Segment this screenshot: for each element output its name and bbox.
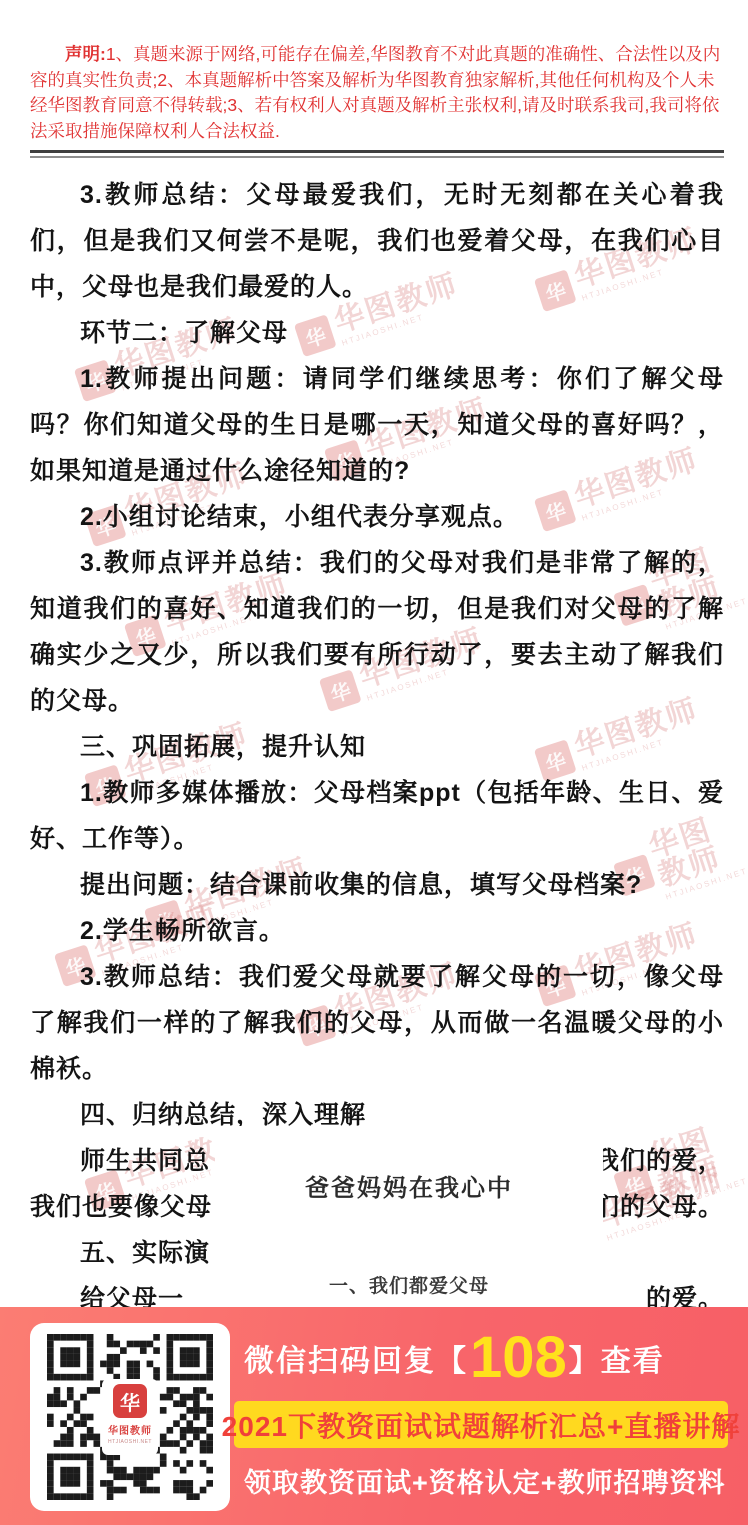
disclaimer-body: 1、真题来源于网络,可能存在偏差,华图教育不对此真题的准确性、合法性以及内容的真… <box>30 44 720 141</box>
qr-logo-text: 华图教师 <box>108 1422 152 1437</box>
paragraph: 2.学生畅所欲言。 <box>30 908 724 954</box>
text-fragment-left: 师生共同总 <box>80 1138 210 1184</box>
paragraph: 1.教师提出问题：请同学们继续思考：你们了解父母吗？你们知道父母的生日是哪一天，… <box>30 356 724 494</box>
paragraph: 提出问题：结合课前收集的信息，填写父母档案? <box>30 862 724 908</box>
highlight-text: 2021下教资面试试题解析汇总+直播讲解 <box>222 1405 741 1445</box>
board-title: 爸爸妈妈在我心中 <box>215 1168 603 1203</box>
paragraph: 三、巩固拓展，提升认知 <box>30 724 724 770</box>
qr-code: 华 华图教师 HTJIAOSHI.NET <box>30 1323 230 1511</box>
qr-logo-subtext: HTJIAOSHI.NET <box>108 1439 152 1445</box>
paragraph: 3.教师总结：我们爱父母就要了解父母的一切，像父母了解我们一样的了解我们的父母，… <box>30 954 724 1092</box>
reply-code: 108 <box>470 1329 567 1387</box>
paragraph-list: 3.教师总结：父母最爱我们，无时无刻都在关心着我们，但是我们又何尝不是呢，我们也… <box>30 172 724 1138</box>
promo-banner: 华 华图教师 HTJIAOSHI.NET 微信扫码回复【 108 】查看 202… <box>0 1307 748 1525</box>
paragraph: 2.小组讨论结束，小组代表分享观点。 <box>30 494 724 540</box>
disclaimer-label: 声明: <box>65 44 106 64</box>
board-item: 一、我们都爱父母 <box>215 1271 603 1298</box>
text-fragment-left: 五、实际演 <box>80 1230 210 1276</box>
text-fragment-right: 我们的爱， <box>594 1138 724 1184</box>
text-fragment-right: 们的父母。 <box>594 1184 724 1230</box>
divider-double-rule <box>30 150 724 158</box>
paragraph: 环节二：了解父母 <box>30 310 724 356</box>
paragraph: 1.教师多媒体播放：父母档案ppt（包括年龄、生日、爱好、工作等）。 <box>30 770 724 862</box>
paragraph: 3.教师总结：父母最爱我们，无时无刻都在关心着我们，但是我们又何尝不是呢，我们也… <box>30 172 724 310</box>
scan-prefix: 微信扫码回复【 <box>244 1336 468 1380</box>
paragraph: 3.教师点评并总结：我们的父母对我们是非常了解的，知道我们的喜好、知道我们的一切… <box>30 540 724 724</box>
document-body: 声明:1、真题来源于网络,可能存在偏差,华图教育不对此真题的准确性、合法性以及内… <box>0 0 748 1368</box>
qr-center-logo: 华 华图教师 HTJIAOSHI.NET <box>102 1379 158 1455</box>
huatu-logo-icon: 华 <box>113 1384 147 1418</box>
banner-text-column: 微信扫码回复【 108 】查看 2021下教资面试试题解析汇总+直播讲解 领取教… <box>244 1307 730 1500</box>
banner-bottom-text: 领取教资面试+资格认定+教师招聘资料 <box>244 1461 730 1500</box>
scan-instruction: 微信扫码回复【 108 】查看 <box>244 1329 730 1387</box>
highlight-banner: 2021下教资面试试题解析汇总+直播讲解 <box>234 1401 728 1448</box>
text-fragment-left: 我们也要像父母 <box>30 1184 212 1230</box>
scan-suffix: 】查看 <box>569 1336 665 1380</box>
disclaimer-text: 声明:1、真题来源于网络,可能存在偏差,华图教育不对此真题的准确性、合法性以及内… <box>30 42 724 144</box>
